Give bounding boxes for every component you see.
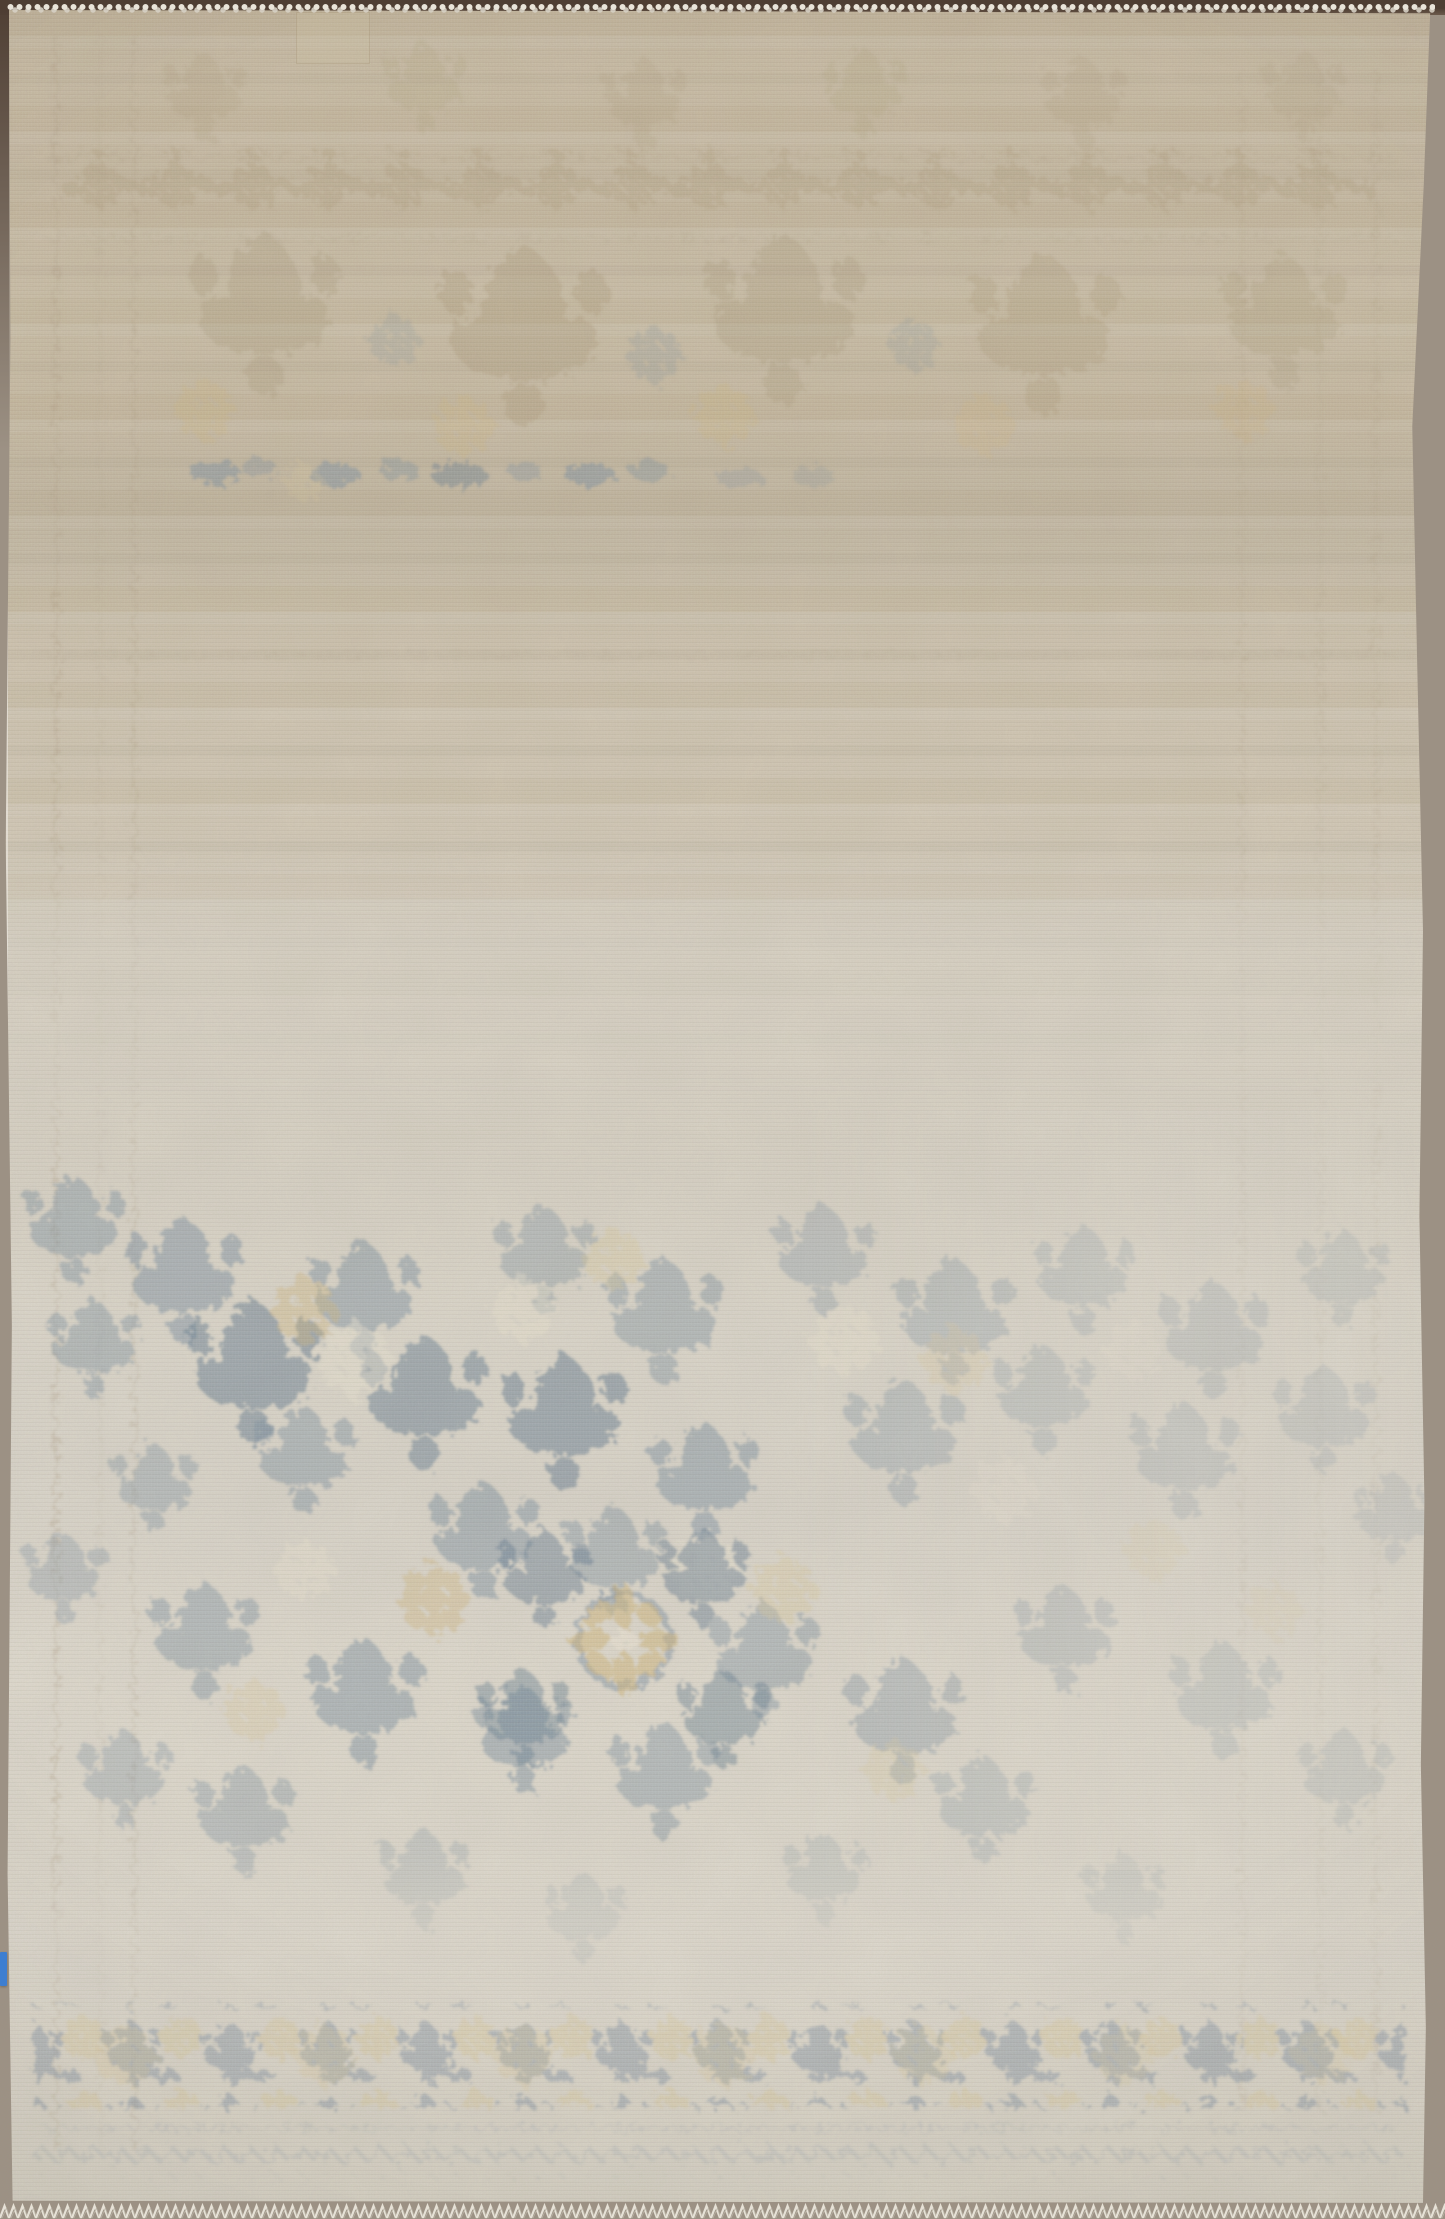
repair-patch [296, 12, 370, 64]
rug [4, 10, 1433, 2203]
inventory-tag [0, 1952, 7, 1986]
top-fringe [6, 0, 1435, 13]
rug-photo [0, 0, 1445, 2219]
photo-vignette [4, 10, 1433, 2203]
right-selvage-cord [1426, 190, 1428, 1690]
left-selvage-cord [6, 430, 8, 1090]
bottom-fringe [0, 2203, 1445, 2219]
backdrop-left-shadow [0, 0, 9, 450]
